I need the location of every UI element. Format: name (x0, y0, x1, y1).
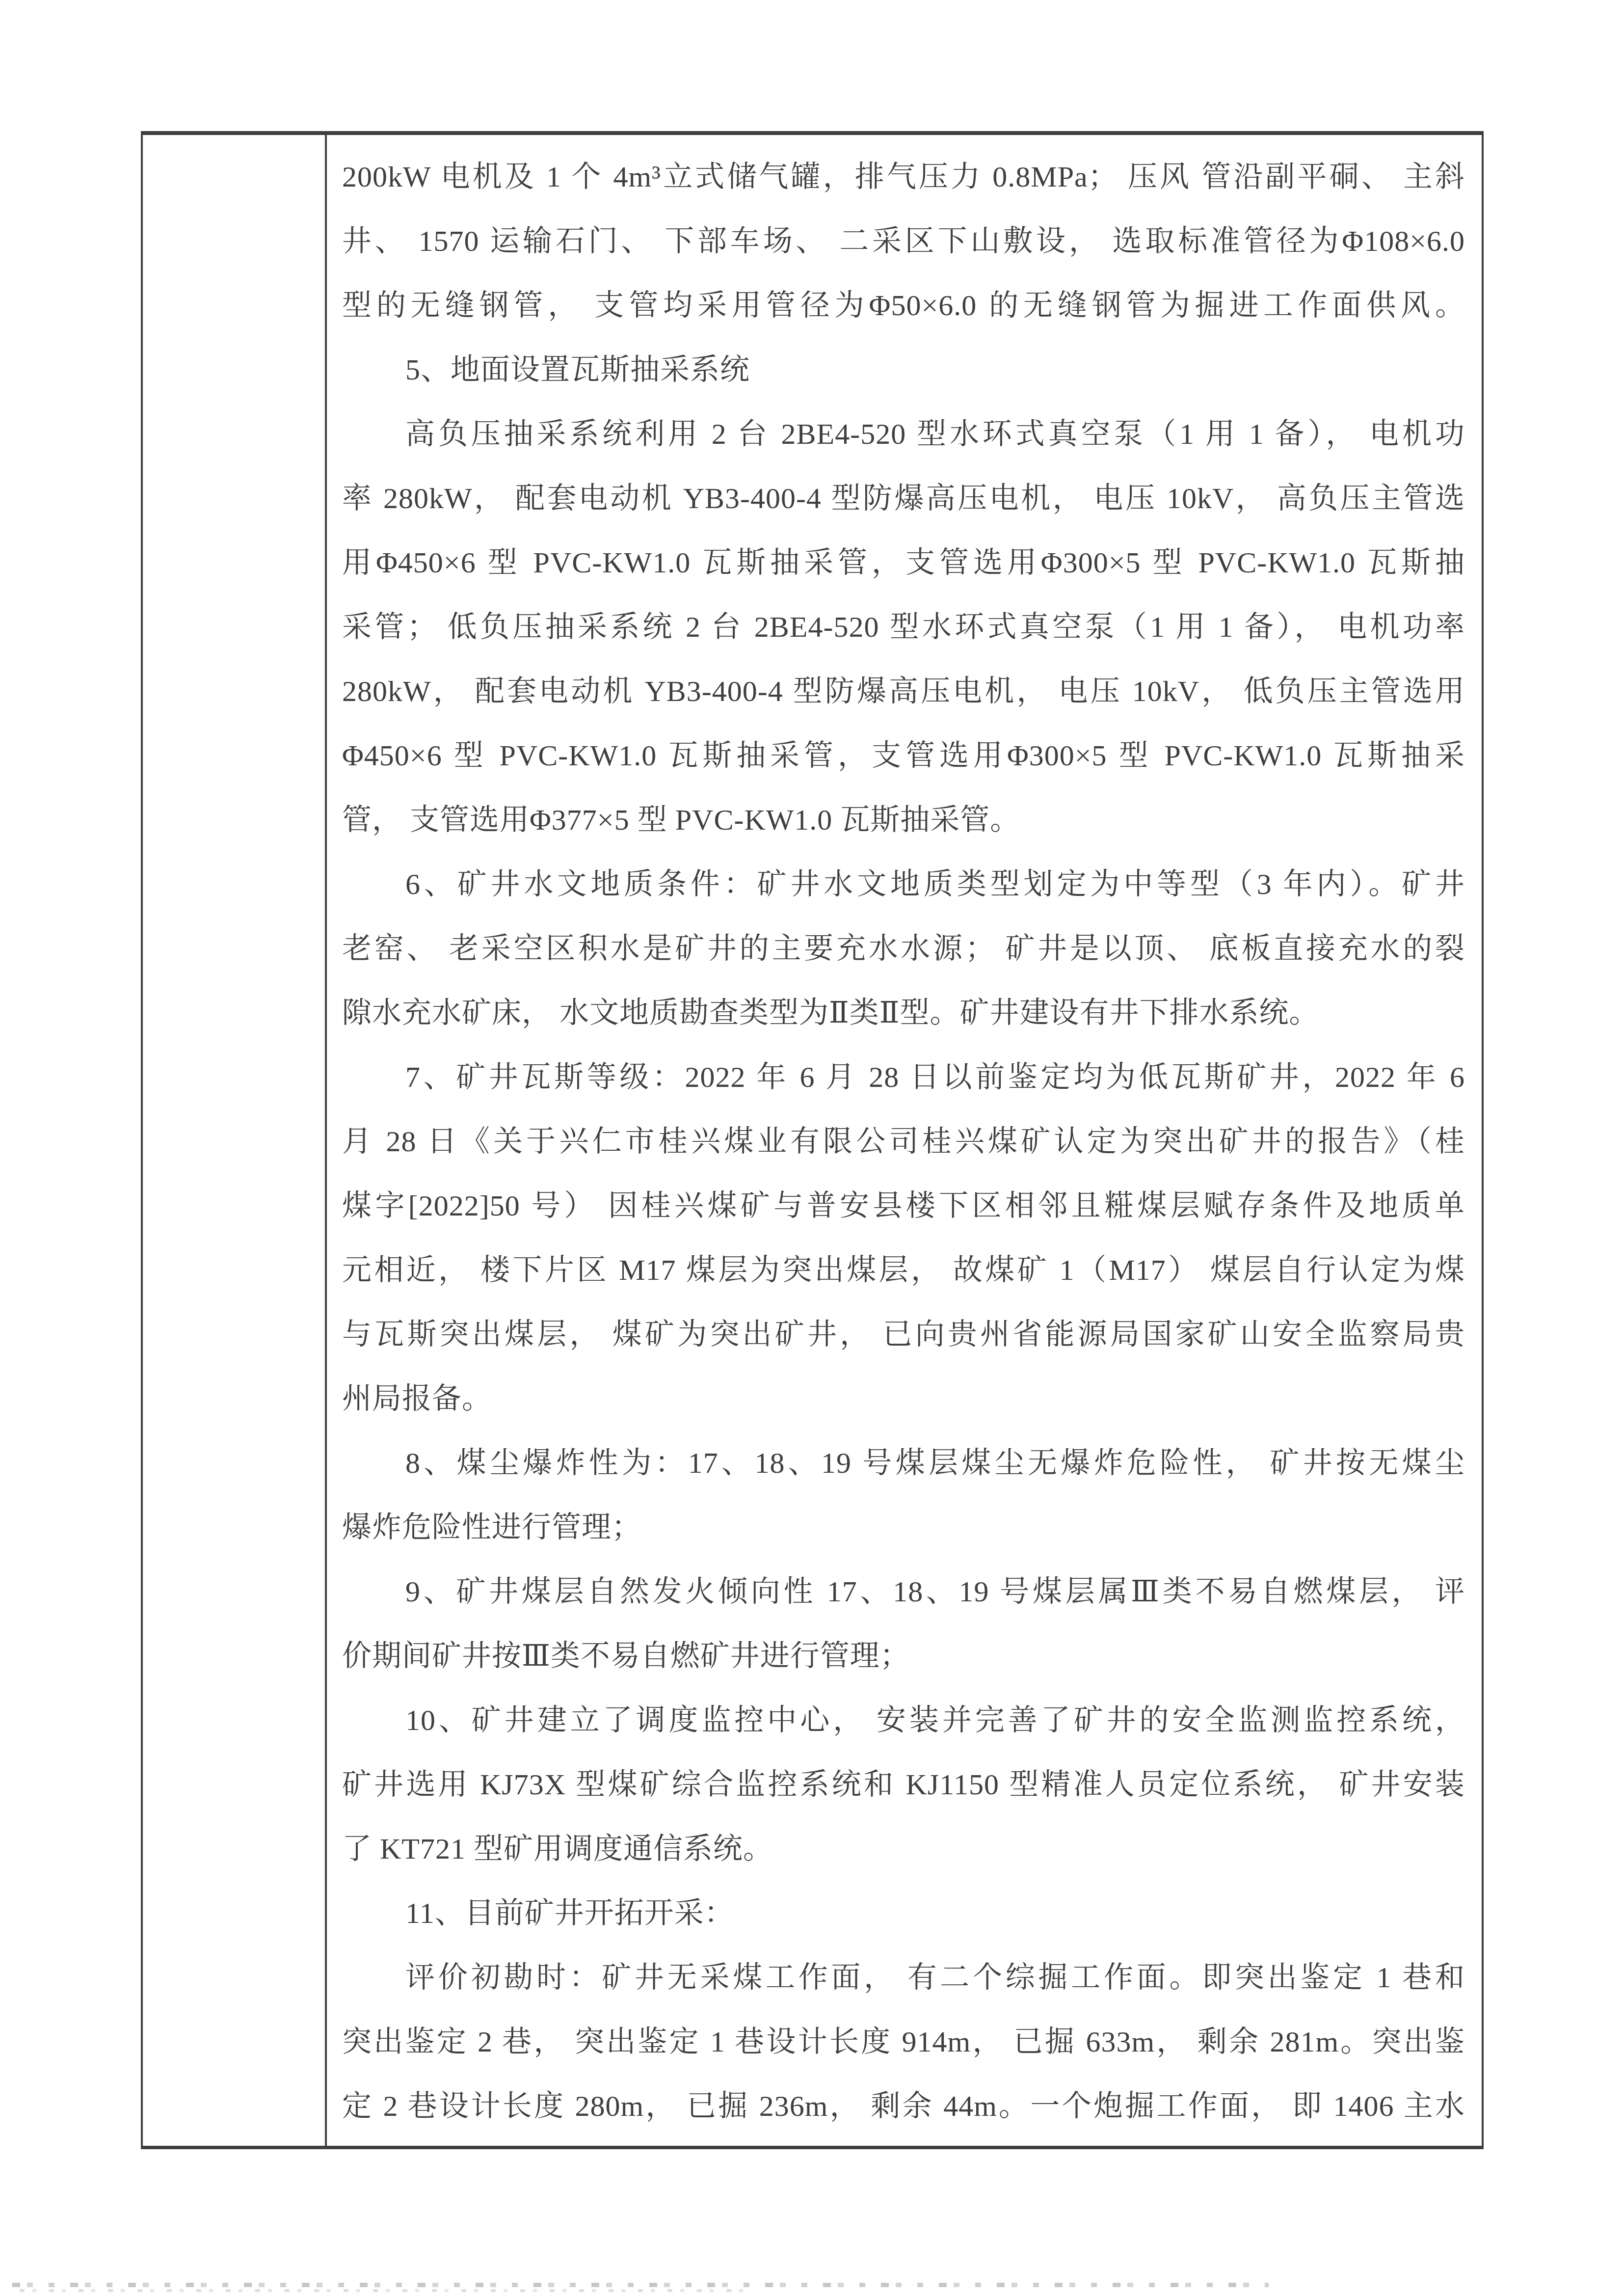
scan-noise-artifact (12, 2283, 1269, 2287)
text-line: 高负压抽采系统利用 2 台 2BE4-520 型水环式真空泵（1 用 1 备），… (342, 402, 1465, 466)
document-page: 200kW 电机及 1 个 4m³立式储气罐，排气压力 0.8MPa； 压风 管… (0, 0, 1623, 2296)
text-line: 州局报备。 (342, 1367, 1465, 1431)
text-line: 隙水充水矿床， 水文地质勘查类型为Ⅱ类Ⅱ型。矿井建设有井下排水系统。 (342, 981, 1465, 1045)
text-line: 10、矿井建立了调度监控中心， 安装并完善了矿井的安全监测监控系统， (342, 1688, 1465, 1753)
text-line: 管， 支管选用Φ377×5 型 PVC-KW1.0 瓦斯抽采管。 (342, 788, 1465, 852)
text-line: 200kW 电机及 1 个 4m³立式储气罐，排气压力 0.8MPa； 压风 管… (342, 145, 1465, 209)
text-line: 6、矿井水文地质条件：矿井水文地质类型划定为中等型（3 年内）。矿井 (342, 852, 1465, 917)
text-line: 280kW， 配套电动机 YB3-400-4 型防爆高压电机， 电压 10kV，… (342, 659, 1465, 724)
text-line: 价期间矿井按Ⅲ类不易自燃矿井进行管理； (342, 1624, 1465, 1688)
text-line: 了 KT721 型矿用调度通信系统。 (342, 1817, 1465, 1881)
text-line: 井、 1570 运输石门、 下部车场、 二采区下山敷设， 选取标准管径为Φ108… (342, 209, 1465, 273)
text-line: 11、目前矿井开拓开采： (342, 1881, 1465, 1945)
text-line: 7、矿井瓦斯等级：2022 年 6 月 28 日以前鉴定均为低瓦斯矿井，2022… (342, 1045, 1465, 1109)
table-left-cell (143, 135, 327, 2146)
text-line: 8、煤尘爆炸性为：17、18、19 号煤层煤尘无爆炸危险性， 矿井按无煤尘 (342, 1431, 1465, 1495)
text-line: 率 280kW， 配套电动机 YB3-400-4 型防爆高压电机， 电压 10k… (342, 466, 1465, 531)
text-line: 型的无缝钢管， 支管均采用管径为Φ50×6.0 的无缝钢管为掘进工作面供风。 (342, 273, 1465, 338)
text-line: 采管； 低负压抽采系统 2 台 2BE4-520 型水环式真空泵（1 用 1 备… (342, 595, 1465, 659)
text-line: 矿井选用 KJ73X 型煤矿综合监控系统和 KJ1150 型精准人员定位系统， … (342, 1753, 1465, 1817)
text-line: Φ450×6 型 PVC-KW1.0 瓦斯抽采管，支管选用Φ300×5 型 PV… (342, 724, 1465, 788)
scan-noise-artifact (20, 2289, 756, 2292)
text-line: 爆炸危险性进行管理； (342, 1495, 1465, 1560)
text-line: 突出鉴定 2 巷， 突出鉴定 1 巷设计长度 914m， 已掘 633m， 剩余… (342, 2010, 1465, 2074)
text-line: 月 28 日《关于兴仁市桂兴煤业有限公司桂兴煤矿认定为突出矿井的报告》（桂 (342, 1109, 1465, 1174)
text-line: 老窑、 老采空区积水是矿井的主要充水水源； 矿井是以顶、 底板直接充水的裂 (342, 917, 1465, 981)
text-line: 煤字[2022]50 号） 因桂兴煤矿与普安县楼下区相邻且糚煤层赋存条件及地质单 (342, 1174, 1465, 1238)
text-line: 用Φ450×6 型 PVC-KW1.0 瓦斯抽采管，支管选用Φ300×5 型 P… (342, 531, 1465, 595)
text-line: 定 2 巷设计长度 280m， 已掘 236m， 剩余 44m。一个炮掘工作面，… (342, 2074, 1465, 2138)
table-content-cell: 200kW 电机及 1 个 4m³立式储气罐，排气压力 0.8MPa； 压风 管… (327, 135, 1482, 2146)
text-line: 评价初勘时：矿井无采煤工作面， 有二个综掘工作面。即突出鉴定 1 巷和 (342, 1945, 1465, 2010)
document-table: 200kW 电机及 1 个 4m³立式储气罐，排气压力 0.8MPa； 压风 管… (141, 131, 1484, 2149)
text-line: 5、地面设置瓦斯抽采系统 (342, 338, 1465, 402)
text-line: 元相近， 楼下片区 M17 煤层为突出煤层， 故煤矿 1（M17） 煤层自行认定… (342, 1238, 1465, 1302)
text-line: 9、矿井煤层自然发火倾向性 17、18、19 号煤层属Ⅲ类不易自燃煤层， 评 (342, 1560, 1465, 1624)
text-line: 与瓦斯突出煤层， 煤矿为突出矿井， 已向贵州省能源局国家矿山安全监察局贵 (342, 1302, 1465, 1367)
